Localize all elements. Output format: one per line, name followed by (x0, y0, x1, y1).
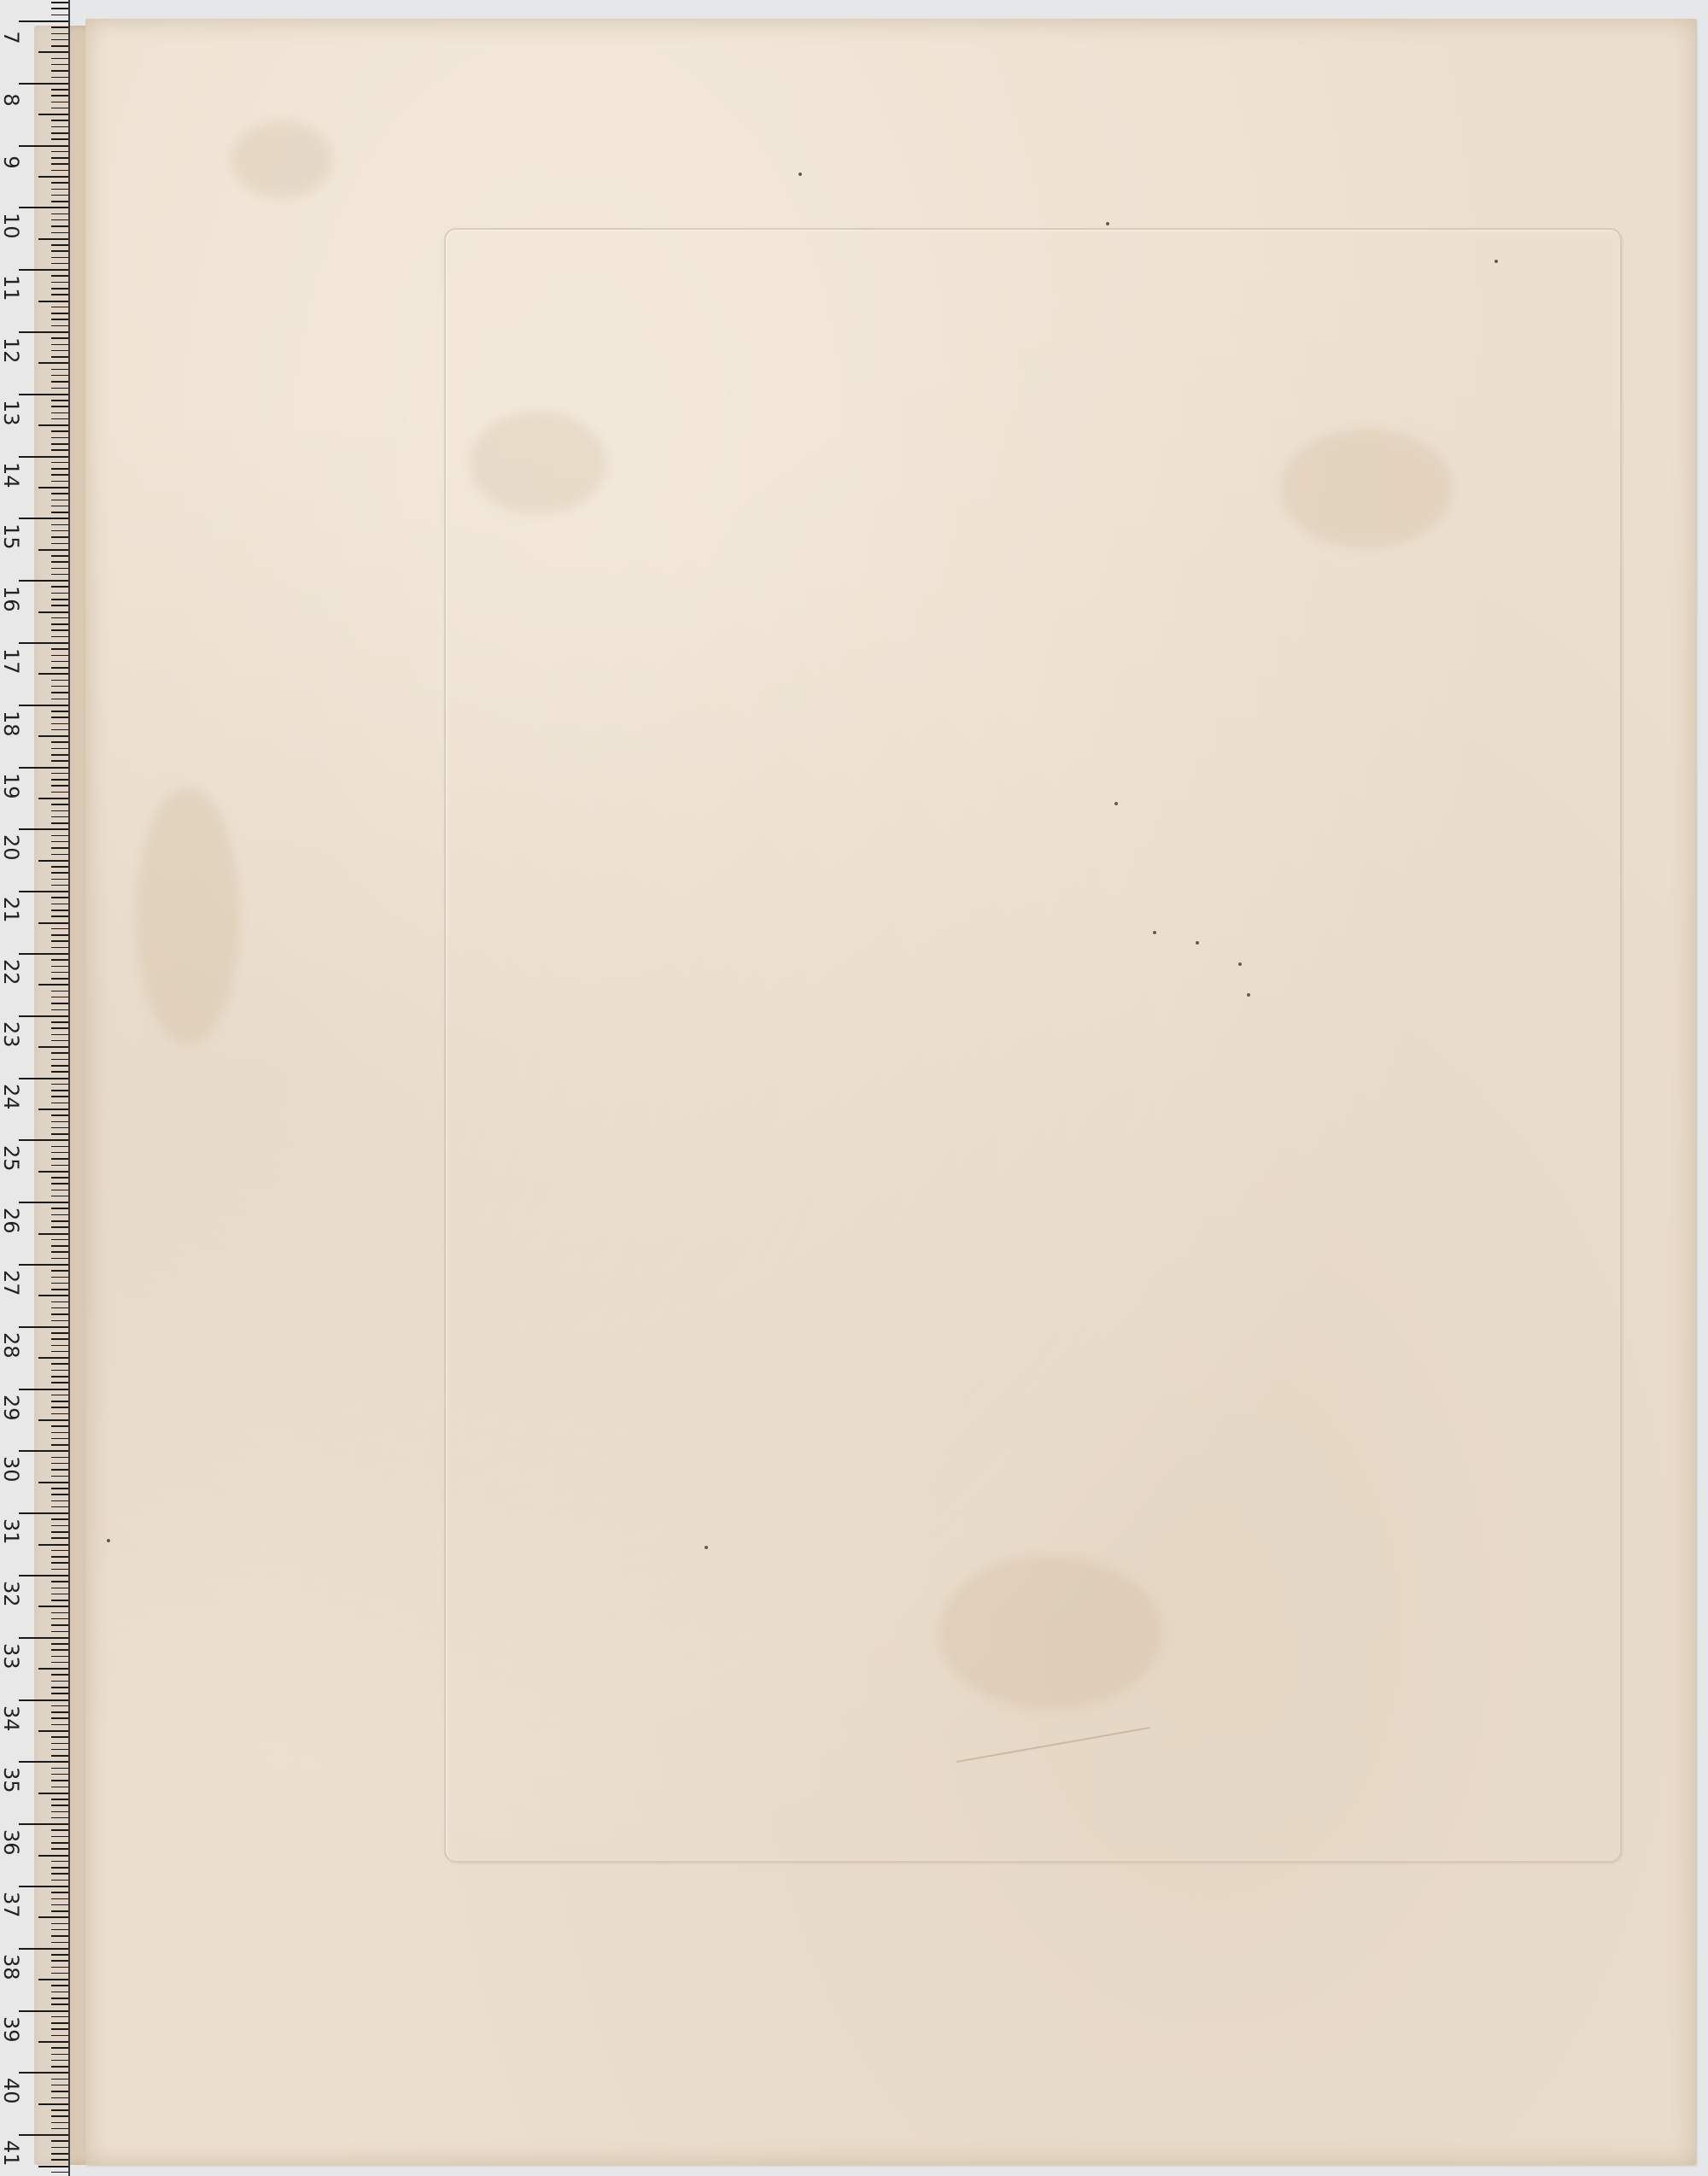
ruler-mm-tick (51, 288, 68, 290)
ruler-mm-tick (51, 39, 68, 41)
ruler-mm-tick (51, 406, 68, 407)
ruler-mm-tick (38, 424, 68, 426)
ruler-label: 18 (0, 711, 23, 733)
foxing-spot (798, 173, 802, 176)
ruler-mm-tick (51, 2147, 68, 2149)
ruler-mm-tick (51, 524, 68, 526)
ruler-mm-tick (51, 1674, 68, 1676)
ruler-mm-tick (51, 692, 68, 693)
ruler-mm-tick (51, 1873, 68, 1875)
ruler-mm-tick (51, 1084, 68, 1085)
ruler-mm-tick (51, 1923, 68, 1925)
ruler-mm-tick (38, 798, 68, 799)
ruler-cm-tick (19, 767, 68, 769)
ruler-mm-tick (38, 487, 68, 488)
ruler-mm-tick (51, 760, 68, 762)
ruler-mm-tick (51, 1588, 68, 1589)
ruler-mm-tick (51, 530, 68, 532)
ruler-mm-tick (51, 1518, 68, 1520)
ruler-mm-tick (51, 1413, 68, 1415)
ruler-mm-tick (38, 1544, 68, 1546)
ruler-mm-tick (51, 1395, 68, 1396)
ruler-mm-tick (38, 51, 68, 53)
ruler-mm-tick (51, 375, 68, 377)
ruler-mm-tick (51, 189, 68, 190)
ruler-label: 14 (0, 462, 23, 484)
ruler-mm-tick (51, 275, 68, 277)
ruler-mm-tick (51, 1817, 68, 1819)
ruler-label: 19 (0, 773, 23, 795)
ruler-mm-tick (51, 699, 68, 700)
ruler-mm-tick (51, 667, 68, 669)
ruler-mm-tick (51, 1985, 68, 1986)
ruler-label: 22 (0, 959, 23, 981)
ruler-mm-tick (51, 1799, 68, 1800)
ruler-mm-tick (51, 1332, 68, 1334)
ruler-mm-tick (51, 1146, 68, 1148)
ruler-mm-tick (51, 77, 68, 79)
ruler-mm-tick (51, 1681, 68, 1682)
ruler-mm-tick (51, 822, 68, 824)
foxing-spot (1494, 260, 1498, 263)
foxing-spot (1114, 802, 1118, 805)
ruler-label: 20 (0, 834, 23, 857)
ruler-label: 41 (0, 2140, 23, 2162)
ruler-mm-tick (51, 126, 68, 128)
ruler-mm-tick (51, 1103, 68, 1104)
ruler-mm-tick (51, 319, 68, 320)
ruler-mm-tick (51, 1214, 68, 1216)
ruler-mm-tick (51, 1065, 68, 1067)
ruler-cm-tick (19, 1512, 68, 1514)
ruler-mm-tick (51, 1463, 68, 1465)
ruler-cm-tick (19, 1139, 68, 1141)
ruler-label: 39 (0, 2016, 23, 2039)
ruler-cm-tick (19, 1264, 68, 1266)
ruler-label: 23 (0, 1021, 23, 1044)
ruler-cm-tick (19, 83, 68, 85)
ruler-mm-tick (51, 1345, 68, 1347)
ruler-mm-tick (51, 568, 68, 570)
ruler-mm-tick (51, 978, 68, 980)
ruler-mm-tick (51, 991, 68, 992)
ruler-mm-tick (51, 723, 68, 725)
ruler-mm-tick (51, 717, 68, 718)
ruler-mm-tick (51, 1469, 68, 1471)
ruler-mm-tick (51, 2028, 68, 2030)
ruler-mm-tick (51, 661, 68, 663)
ruler-mm-tick (51, 1320, 68, 1322)
ruler-cm-tick (19, 1761, 68, 1763)
ruler-mm-tick (51, 785, 68, 787)
ruler-mm-tick (51, 623, 68, 625)
ruler-mm-tick (51, 493, 68, 494)
ruler-mm-tick (51, 1973, 68, 1974)
ruler-mm-tick (51, 449, 68, 451)
ruler-mm-tick (51, 1506, 68, 1508)
ruler-cm-tick (19, 2010, 68, 2012)
ruler-label: 26 (0, 1208, 23, 1230)
ruler-mm-tick (51, 872, 68, 874)
ruler-mm-tick (51, 219, 68, 221)
ruler-mm-tick (51, 1960, 68, 1962)
ruler-label: 31 (0, 1518, 23, 1541)
ruler-mm-tick (51, 1121, 68, 1123)
ruler-mm-tick (51, 1239, 68, 1241)
ruler-mm-tick (51, 1904, 68, 1906)
ruler-label: 24 (0, 1084, 23, 1106)
ruler-mm-tick (51, 1158, 68, 1160)
ruler-mm-tick (51, 2109, 68, 2111)
ruler-label: 29 (0, 1395, 23, 1417)
ruler-mm-tick (51, 1749, 68, 1751)
ruler-mm-tick (51, 506, 68, 507)
ruler-mm-tick (51, 1052, 68, 1054)
ruler-mm-tick (51, 1071, 68, 1073)
ruler-mm-tick (51, 1556, 68, 1558)
ruler-mm-tick (51, 586, 68, 588)
ruler-mm-tick (51, 1998, 68, 1999)
paper-sheet (85, 19, 1696, 2165)
ruler-mm-tick (51, 2140, 68, 2142)
ruler-mm-tick (51, 1245, 68, 1247)
ruler-label: 17 (0, 648, 23, 670)
ruler-mm-tick (51, 1059, 68, 1061)
ruler-mm-tick (51, 430, 68, 432)
ruler-mm-tick (51, 1177, 68, 1179)
ruler-mm-tick (51, 356, 68, 358)
ruler-mm-tick (51, 381, 68, 383)
ruler-mm-tick (51, 1034, 68, 1036)
ruler-mm-tick (51, 170, 68, 172)
ruler-mm-tick (51, 1183, 68, 1185)
ruler-mm-tick (38, 611, 68, 613)
ruler-mm-tick (51, 904, 68, 905)
ruler-mm-tick (51, 561, 68, 563)
ruler-mm-tick (51, 680, 68, 681)
ruler-mm-tick (51, 1550, 68, 1552)
ruler-mm-tick (51, 313, 68, 314)
ruler-mm-tick (51, 344, 68, 346)
ruler-mm-tick (51, 1935, 68, 1937)
ruler-mm-tick (51, 1251, 68, 1253)
ruler-cm-tick (19, 1575, 68, 1576)
ruler-cm-tick (19, 2134, 68, 2136)
ruler-mm-tick (51, 1910, 68, 1912)
ruler-mm-tick (51, 754, 68, 756)
ruler-mm-tick (51, 2016, 68, 2018)
ruler-mm-tick (51, 412, 68, 414)
ruler-mm-tick (51, 741, 68, 743)
ruler-mm-tick (51, 1624, 68, 1626)
ruler-mm-tick (38, 1482, 68, 1483)
ruler-mm-tick (38, 860, 68, 862)
ruler-mm-tick (51, 64, 68, 66)
ruler-mm-tick (51, 1432, 68, 1434)
ruler-mm-tick (51, 325, 68, 327)
ruler-mm-tick (51, 1438, 68, 1440)
ruler-mm-tick (51, 1992, 68, 1993)
ruler-label: 37 (0, 1892, 23, 1914)
age-stain (470, 412, 606, 514)
ruler-mm-tick (51, 443, 68, 445)
ruler-mm-tick (51, 1811, 68, 1813)
ruler-mm-tick (51, 1942, 68, 1944)
ruler-mm-tick (51, 1768, 68, 1769)
ruler-mm-tick (51, 369, 68, 371)
ruler-mm-tick (51, 1127, 68, 1129)
ruler-mm-tick (51, 2003, 68, 2005)
ruler-mm-tick (51, 33, 68, 35)
ruler-mm-tick (51, 225, 68, 227)
age-stain (231, 121, 333, 198)
ruler-mm-tick (51, 1488, 68, 1489)
ruler-mm-tick (51, 26, 68, 28)
ruler-label: 35 (0, 1767, 23, 1789)
foxing-spot (1106, 222, 1109, 225)
ruler-mm-tick (38, 1357, 68, 1359)
ruler-mm-tick (38, 2103, 68, 2105)
ruler-mm-tick (38, 238, 68, 240)
foxing-spot (1153, 931, 1156, 934)
ruler-mm-tick (51, 1848, 68, 1850)
age-stain (939, 1556, 1161, 1710)
ruler-mm-tick (51, 400, 68, 401)
ruler-mm-tick (38, 735, 68, 737)
foxing-spot (1247, 993, 1250, 997)
ruler-mm-tick (51, 897, 68, 898)
ruler-mm-tick (38, 1046, 68, 1048)
ruler-mm-tick (51, 1040, 68, 1042)
ruler-mm-tick (51, 1283, 68, 1284)
ruler-mm-tick (51, 2159, 68, 2161)
ruler-mm-tick (51, 648, 68, 650)
ruler-mm-tick (51, 779, 68, 781)
ruler-mm-tick (51, 195, 68, 196)
ruler-cm-tick (19, 891, 68, 892)
ruler-mm-tick (51, 1531, 68, 1533)
ruler-mm-tick (51, 307, 68, 308)
ruler-label: 16 (0, 586, 23, 608)
ruler-mm-tick (51, 1152, 68, 1154)
ruler-mm-tick (51, 748, 68, 750)
ruler-mm-tick (51, 474, 68, 476)
ruler-mm-tick (51, 1494, 68, 1495)
ruler-mm-tick (38, 673, 68, 675)
ruler-mm-tick (51, 102, 68, 103)
ruler-mm-tick (51, 481, 68, 483)
ruler-mm-tick (51, 1829, 68, 1831)
ruler-mm-tick (51, 2035, 68, 2037)
ruler-cm-tick (19, 518, 68, 519)
ruler-mm-tick (51, 2097, 68, 2099)
ruler-mm-tick (51, 58, 68, 60)
ruler-mm-tick (51, 70, 68, 72)
foxing-spot (107, 1539, 110, 1542)
ruler-mm-tick (51, 201, 68, 202)
ruler-mm-tick (38, 1171, 68, 1173)
ruler-mm-tick (51, 1898, 68, 1900)
ruler-cm-tick (19, 1202, 68, 1203)
ruler-mm-tick (51, 157, 68, 159)
ruler-cm-tick (19, 20, 68, 22)
ruler-cm-tick (19, 1326, 68, 1328)
ruler-cm-tick (19, 1823, 68, 1825)
ruler-label: 33 (0, 1643, 23, 1665)
ruler-cm-tick (19, 1078, 68, 1079)
ruler-mm-tick (51, 462, 68, 464)
ruler-mm-tick (51, 163, 68, 165)
ruler-mm-tick (51, 947, 68, 949)
foxing-spot (1238, 962, 1242, 966)
ruler-mm-tick (51, 500, 68, 501)
ruler-label: 27 (0, 1270, 23, 1292)
ruler-mm-tick (51, 854, 68, 856)
ruler-mm-tick (51, 1562, 68, 1564)
ruler-mm-tick (51, 1656, 68, 1658)
ruler-mm-tick (51, 810, 68, 812)
ruler-mm-tick (38, 1668, 68, 1670)
ruler-cm-tick (19, 1389, 68, 1390)
ruler-mm-tick (51, 816, 68, 818)
ruler-mm-tick (51, 120, 68, 121)
ruler-mm-tick (51, 282, 68, 284)
ruler-mm-tick (51, 1537, 68, 1539)
ruler-mm-tick (51, 1724, 68, 1726)
ruler-cm-tick (19, 953, 68, 955)
ruler-mm-tick (51, 1208, 68, 1209)
ruler-mm-tick (51, 418, 68, 420)
ruler-mm-tick (51, 629, 68, 631)
ruler-cm-tick (19, 1886, 68, 1887)
ruler-mm-tick (51, 232, 68, 234)
ruler-cm-tick (19, 828, 68, 830)
ruler-mm-tick (38, 301, 68, 302)
ruler-mm-tick (51, 108, 68, 109)
ruler-mm-tick (38, 1979, 68, 1980)
ruler-mm-tick (51, 835, 68, 837)
ruler-mm-tick (51, 437, 68, 439)
ruler-mm-tick (38, 984, 68, 986)
ruler-mm-tick (51, 1270, 68, 1272)
ruler-mm-tick (51, 966, 68, 968)
ruler-cm-tick (19, 394, 68, 395)
ruler-mm-tick (51, 89, 68, 91)
ruler-mm-tick (51, 928, 68, 930)
ruler-mm-tick (51, 1693, 68, 1694)
ruler-mm-tick (38, 1419, 68, 1421)
ruler-mm-tick (51, 1662, 68, 1664)
age-stain (137, 787, 239, 1044)
ruler-mm-tick (51, 2079, 68, 2080)
ruler-mm-tick (51, 915, 68, 917)
ruler-mm-tick (51, 866, 68, 868)
ruler-mm-tick (51, 997, 68, 998)
ruler-mm-tick (38, 114, 68, 115)
ruler-label: 13 (0, 400, 23, 422)
ruler-label: 7 (0, 26, 23, 49)
ruler-mm-tick (51, 244, 68, 246)
ruler-label: 36 (0, 1829, 23, 1851)
ruler-mm-tick (51, 294, 68, 295)
ruler-mm-tick (51, 972, 68, 974)
ruler-mm-tick (51, 1401, 68, 1402)
ruler-label: 15 (0, 524, 23, 546)
foxing-spot (1196, 941, 1199, 945)
ruler-mm-tick (51, 773, 68, 775)
ruler-mm-tick (51, 1476, 68, 1477)
ruler-cm-tick (19, 705, 68, 706)
ruler-mm-tick (51, 350, 68, 352)
ruler-mm-tick (51, 1165, 68, 1167)
ruler-mm-tick (51, 1133, 68, 1135)
ruler-mm-tick (51, 841, 68, 843)
ruler-mm-tick (51, 555, 68, 557)
foxing-spot (705, 1546, 708, 1549)
ruler-cm-tick (19, 1699, 68, 1701)
ruler-cm-tick (19, 1637, 68, 1639)
ruler-mm-tick (51, 1457, 68, 1459)
ruler-mm-tick (38, 176, 68, 178)
ruler-mm-tick (51, 1009, 68, 1011)
ruler-mm-tick (38, 1855, 68, 1857)
ruler-mm-tick (51, 1717, 68, 1719)
ruler-mm-tick (51, 1618, 68, 1620)
ruler-mm-tick (51, 1743, 68, 1745)
ruler-mm-tick (51, 214, 68, 215)
ruler-cm-tick (19, 456, 68, 458)
ruler-mm-tick (51, 132, 68, 134)
ruler-mm-tick (51, 1687, 68, 1688)
ruler-mm-tick (51, 605, 68, 606)
ruler-label: 11 (0, 275, 23, 297)
ruler-mm-tick (38, 549, 68, 551)
ruler-mm-tick (51, 729, 68, 731)
ruler-mm-tick (51, 182, 68, 184)
ruler-mm-tick (38, 1606, 68, 1607)
ruler-mm-tick (51, 1003, 68, 1004)
ruler-mm-tick (51, 2, 68, 3)
ruler-mm-tick (51, 1376, 68, 1378)
ruler-cm-tick (19, 269, 68, 271)
ruler-label: 28 (0, 1332, 23, 1354)
ruler-mm-tick (51, 1967, 68, 1968)
ruler-mm-tick (51, 2047, 68, 2049)
ruler-mm-tick (51, 711, 68, 712)
ruler-mm-tick (51, 1705, 68, 1707)
ruler-label: 34 (0, 1705, 23, 1728)
ruler-mm-tick (51, 1581, 68, 1582)
ruler-mm-tick (51, 45, 68, 47)
ruler-mm-tick (51, 1929, 68, 1931)
ruler-mm-tick (51, 2128, 68, 2130)
ruler-mm-tick (51, 1569, 68, 1571)
ruler-mm-tick (51, 15, 68, 16)
ruler-mm-tick (51, 1196, 68, 1197)
ruler-mm-tick (51, 2066, 68, 2068)
ruler-mm-tick (38, 1730, 68, 1732)
ruler-mm-tick (51, 1226, 68, 1228)
ruler-mm-tick (51, 1370, 68, 1372)
ruler-mm-tick (51, 1027, 68, 1029)
ruler-mm-tick (51, 1407, 68, 1408)
ruler-mm-tick (51, 1302, 68, 1303)
ruler-mm-tick (38, 1793, 68, 1794)
ruler-mm-tick (51, 1643, 68, 1645)
ruler-mm-tick (51, 2172, 68, 2173)
ruler-mm-tick (51, 2122, 68, 2124)
ruler-mm-tick (51, 804, 68, 805)
